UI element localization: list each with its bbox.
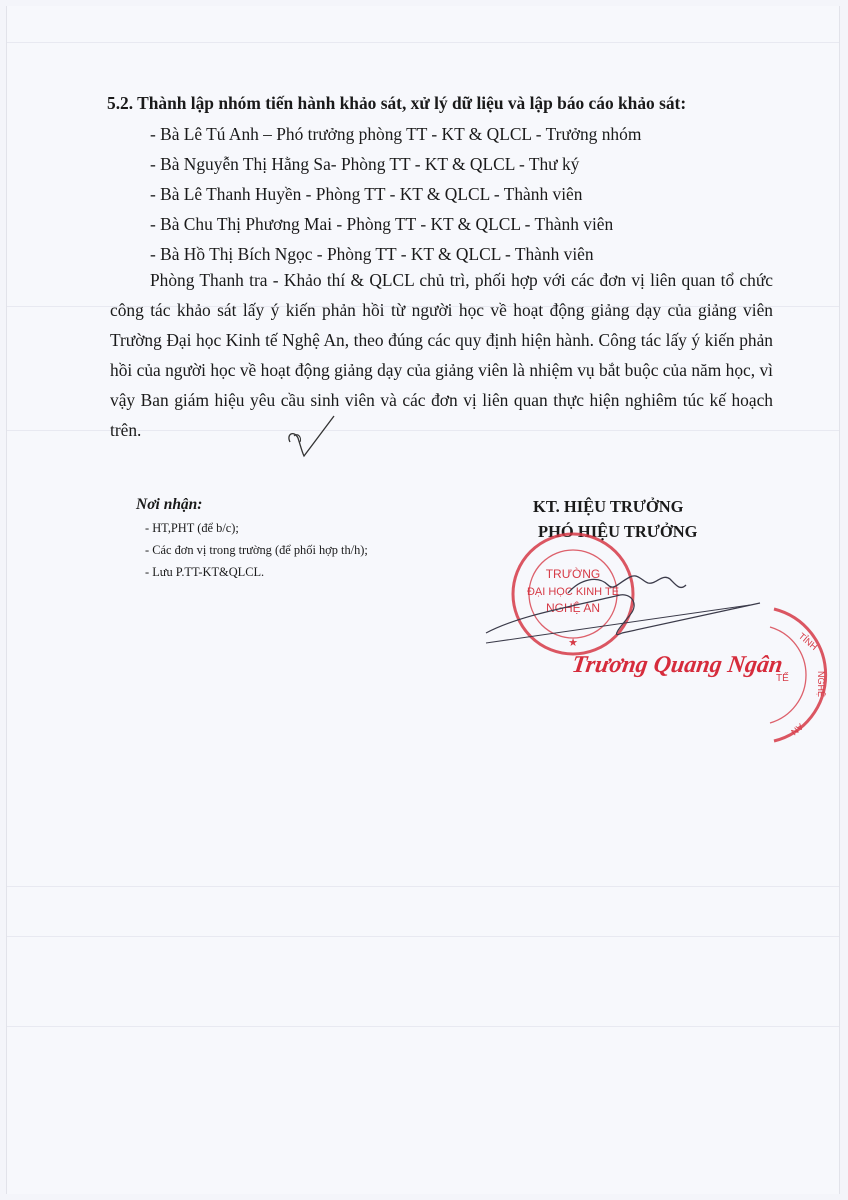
handwritten-signature-icon	[480, 555, 770, 645]
member-item: - Bà Lê Tú Anh – Phó trưởng phòng TT - K…	[150, 124, 641, 145]
partial-seal-text: NGHỆ	[816, 671, 826, 697]
partial-seal-text: TỈNH	[797, 630, 820, 652]
partial-seal-text: TẾ	[776, 671, 789, 684]
recipient-item: - Các đơn vị trong trường (để phối hợp t…	[145, 543, 368, 558]
recipients-title: Nơi nhận:	[136, 496, 202, 514]
partial-seal-icon: TỈNH NGHỆ AN TẾ	[760, 605, 848, 745]
member-item: - Bà Chu Thị Phương Mai - Phòng TT - KT …	[150, 214, 613, 235]
member-item: - Bà Nguyễn Thị Hằng Sa- Phòng TT - KT &…	[150, 154, 579, 175]
recipient-item: - Lưu P.TT-KT&QLCL.	[145, 565, 264, 580]
section-heading: 5.2. Thành lập nhóm tiến hành khảo sát, …	[107, 93, 686, 114]
member-item: - Bà Lê Thanh Huyền - Phòng TT - KT & QL…	[150, 184, 582, 205]
initial-mark-icon	[282, 412, 342, 464]
recipient-item: - HT,PHT (để b/c);	[145, 521, 239, 536]
signature-title-line1: KT. HIỆU TRƯỞNG	[533, 497, 684, 517]
signer-name: Trương Quang Ngân	[570, 652, 784, 679]
body-paragraph: Phòng Thanh tra - Khảo thí & QLCL chủ tr…	[110, 265, 773, 445]
member-item: - Bà Hồ Thị Bích Ngọc - Phòng TT - KT & …	[150, 244, 594, 265]
